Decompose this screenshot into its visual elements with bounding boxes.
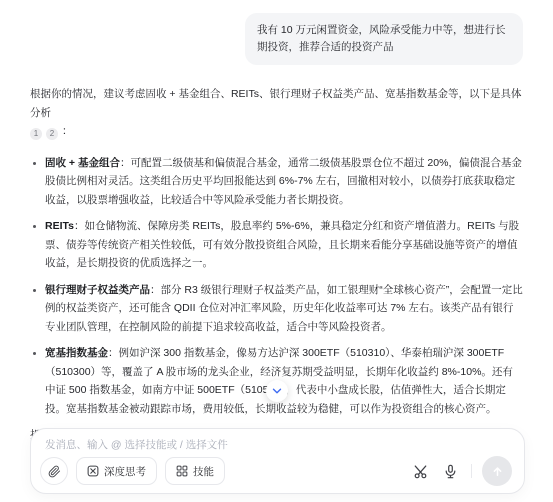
bullet-body: ：如仓储物流、保障房类 REITs，股息率约 5%-6%，兼具稳定分红和资产增值… — [45, 220, 519, 269]
recommendation-list: 固收 + 基金组合：可配置二级债基和偏债混合基金，通常二级债基股票仓位不超过 2… — [30, 154, 523, 419]
scissors-icon[interactable] — [409, 460, 431, 482]
bullet-title: 固收 + 基金组合 — [45, 157, 120, 169]
blocks-grid-icon — [176, 465, 188, 477]
citation-badge-2[interactable]: 2 — [46, 128, 58, 140]
message-input[interactable] — [45, 439, 508, 451]
attach-file-button[interactable] — [40, 457, 68, 485]
skills-button[interactable]: 技能 — [165, 457, 225, 485]
list-item: 固收 + 基金组合：可配置二级债基和偏债混合基金，通常二级债基股票仓位不超过 2… — [30, 154, 523, 210]
user-message-bubble: 我有 10 万元闲置资金，风险承受能力中等，想进行长期投资，推荐合适的投资产品 — [245, 13, 523, 65]
intro-colon: ： — [62, 125, 73, 137]
bullet-title: 银行理财子权益类产品 — [45, 284, 150, 296]
send-button[interactable] — [482, 456, 512, 486]
message-composer: 深度思考 技能 — [30, 428, 525, 494]
bullet-title: 宽基指数基金 — [45, 347, 108, 359]
scroll-to-bottom-button[interactable] — [266, 380, 288, 402]
skills-label: 技能 — [193, 464, 214, 479]
arrow-up-icon — [490, 464, 505, 479]
microphone-icon[interactable] — [439, 460, 461, 482]
assistant-message: 根据你的情况，建议考虑固收 + 基金组合、REITs、银行理财子权益类产品、宽基… — [30, 85, 523, 463]
deep-think-button[interactable]: 深度思考 — [76, 457, 157, 485]
composer-toolbar: 深度思考 技能 — [40, 456, 512, 486]
chevron-down-icon — [270, 384, 284, 398]
deep-think-label: 深度思考 — [104, 464, 146, 479]
toolbar-divider — [471, 464, 472, 478]
bullet-title: REITs — [45, 220, 74, 232]
assistant-intro: 根据你的情况，建议考虑固收 + 基金组合、REITs、银行理财子权益类产品、宽基… — [30, 88, 521, 119]
list-item: 银行理财子权益类产品：部分 R3 级银行理财子权益类产品，如工银理财“全球核心资… — [30, 281, 523, 337]
citation-badge-1[interactable]: 1 — [30, 128, 42, 140]
user-message-row: 我有 10 万元闲置资金，风险承受能力中等，想进行长期投资，推荐合适的投资产品 — [30, 13, 523, 65]
deep-think-icon — [87, 465, 99, 477]
paperclip-icon — [48, 465, 61, 478]
list-item: REITs：如仓储物流、保障房类 REITs，股息率约 5%-6%，兼具稳定分红… — [30, 217, 523, 273]
